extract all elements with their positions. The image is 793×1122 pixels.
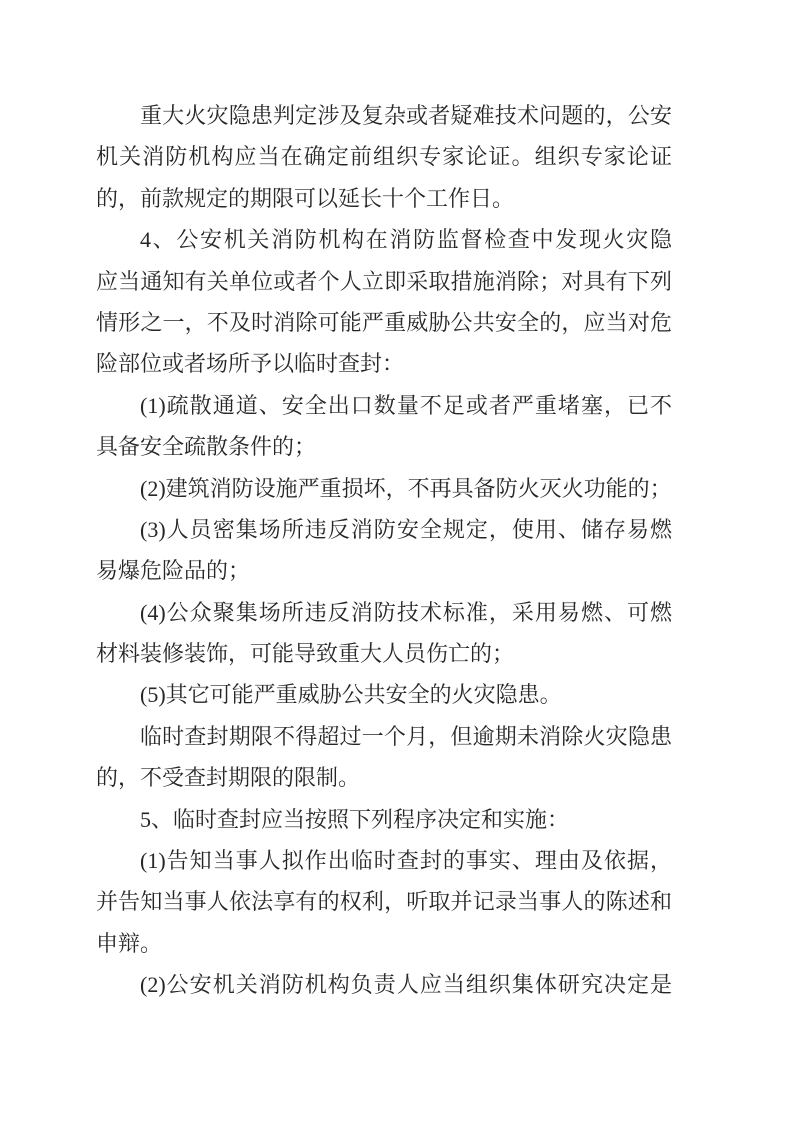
document-page: 重大火灾隐患判定涉及复杂或者疑难技术问题的，公安 机关消防机构应当在确定前组织专… [0, 0, 793, 1122]
text-line: 情形之一，不及时消除可能严重威胁公共安全的，应当对危 [96, 302, 672, 343]
text-line: 申辩。 [96, 923, 672, 964]
text-line: 具备安全疏散条件的； [96, 426, 672, 467]
text-line: (3)人员密集场所违反消防安全规定，使用、储存易燃 [96, 509, 672, 550]
text-line: 的，不受查封期限的限制。 [96, 757, 672, 798]
text-line: 4、公安机关消防机构在消防监督检查中发现火灾隐患， [96, 219, 672, 260]
text-line: 临时查封期限不得超过一个月，但逾期未消除火灾隐患 [96, 716, 672, 757]
text-line: 险部位或者场所予以临时查封： [96, 343, 672, 384]
text-line: 机关消防机构应当在确定前组织专家论证。组织专家论证 [96, 136, 672, 177]
text-line: (1)告知当事人拟作出临时查封的事实、理由及依据， [96, 840, 672, 881]
text-line: 重大火灾隐患判定涉及复杂或者疑难技术问题的，公安 [96, 95, 672, 136]
text-line: (4)公众聚集场所违反消防技术标准，采用易燃、可燃 [96, 592, 672, 633]
text-line: 应当通知有关单位或者个人立即采取措施消除；对具有下列 [96, 261, 672, 302]
text-line: (2)建筑消防设施严重损坏，不再具备防火灭火功能的； [96, 468, 672, 509]
text-line: (1)疏散通道、安全出口数量不足或者严重堵塞，已不 [96, 385, 672, 426]
text-line: 材料装修装饰，可能导致重大人员伤亡的； [96, 633, 672, 674]
text-line: 易爆危险品的； [96, 550, 672, 591]
text-line: (2)公安机关消防机构负责人应当组织集体研究决定是 [96, 964, 672, 1005]
text-line: 并告知当事人依法享有的权利，听取并记录当事人的陈述和 [96, 881, 672, 922]
text-line: 5、临时查封应当按照下列程序决定和实施： [96, 799, 672, 840]
text-block: 重大火灾隐患判定涉及复杂或者疑难技术问题的，公安 机关消防机构应当在确定前组织专… [96, 95, 672, 1006]
text-line: 的，前款规定的期限可以延长十个工作日。 [96, 178, 672, 219]
text-line: (5)其它可能严重威胁公共安全的火灾隐患。 [96, 674, 672, 715]
